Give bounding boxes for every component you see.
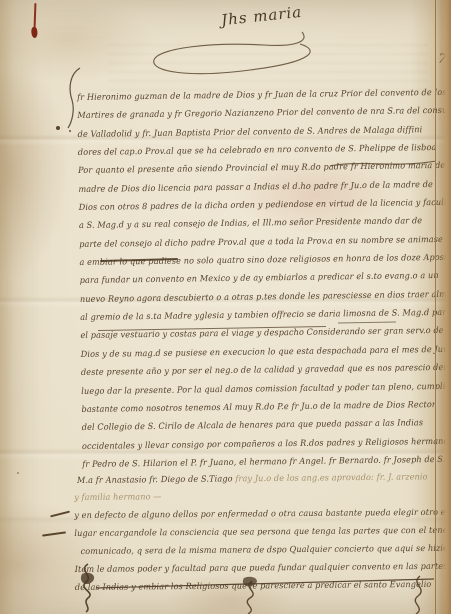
names-line-faded-append: fray Ju.o de los ang.es aprovado: fr. J.… <box>235 472 427 484</box>
invocation-text: Jhs maria <box>220 3 303 29</box>
invocation-flourish <box>142 30 322 85</box>
line-end-flourish <box>330 158 438 170</box>
body-block-a: fr Hieronimo guzman de la madre de Dios … <box>77 83 451 474</box>
margin-insertion-mark <box>50 511 70 517</box>
margin-insertion-mark <box>42 531 66 536</box>
manuscript-page: Jhs maria 7 fr Hieronimo guzman de la ma… <box>0 0 451 614</box>
book-edge-right <box>435 0 451 614</box>
red-ink-mark <box>34 3 37 28</box>
names-line-main: M.a fr Anastasio fr. Diego de S.Tiago <box>77 474 235 486</box>
closing-rubrics <box>0 556 451 614</box>
